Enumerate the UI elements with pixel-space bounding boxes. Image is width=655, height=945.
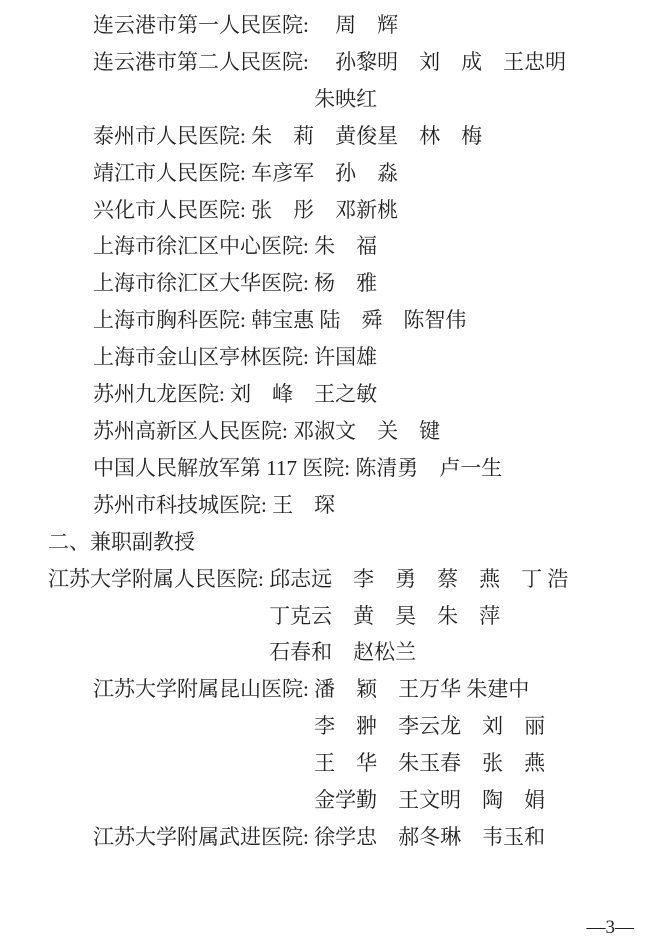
names-line: 金学勤 王文明 陶 娟: [314, 782, 545, 819]
names-block: 邱志远 李 勇 蔡 燕 丁 浩 丁克云 黄 昊 朱 萍 石春和 赵松兰: [269, 561, 568, 672]
names-line: 周 辉: [314, 7, 398, 44]
hospital-name: 中国人民解放军第 117 医院:: [93, 450, 355, 487]
names-line: 朱 福: [314, 228, 377, 265]
hospital-entry: 泰州市人民医院: 朱 莉 黄俊星 林 梅: [93, 118, 655, 155]
hospital-name: 泰州市人民医院:: [93, 118, 251, 155]
hospital-entry: 连云港市第二人民医院: 孙黎明 刘 成 王忠明 朱映红: [93, 44, 655, 118]
hospital-entry: 中国人民解放军第 117 医院: 陈清勇 卢一生: [93, 450, 655, 487]
names-line: 张 彤 邓新桃: [251, 192, 398, 229]
hospital-name: 江苏大学附属人民医院:: [48, 561, 269, 598]
hospital-name: 连云港市第二人民医院:: [93, 44, 314, 81]
names-line: 孙黎明 刘 成 王忠明: [314, 44, 566, 81]
hospital-entry: 靖江市人民医院: 车彦军 孙 淼: [93, 155, 655, 192]
hospital-name: 上海市徐汇区中心医院:: [93, 228, 314, 265]
document-page: 连云港市第一人民医院: 周 辉 连云港市第二人民医院: 孙黎明 刘 成 王忠明 …: [0, 0, 655, 945]
names-block: 张 彤 邓新桃: [251, 192, 398, 229]
hospital-name: 江苏大学附属武进医院:: [93, 819, 314, 856]
names-block: 朱 莉 黄俊星 林 梅: [251, 118, 482, 155]
names-line: 车彦军 孙 淼: [251, 155, 398, 192]
names-line: 王 华 朱玉春 张 燕: [314, 745, 545, 782]
names-block: 徐学忠 郝冬琳 韦玉和: [314, 819, 545, 856]
names-line: 朱映红: [314, 81, 566, 118]
names-line: 杨 雅: [314, 265, 377, 302]
names-block: 朱 福: [314, 228, 377, 265]
hospital-name: 苏州高新区人民医院:: [93, 413, 293, 450]
hospital-entry: 兴化市人民医院: 张 彤 邓新桃: [93, 192, 655, 229]
hospital-entry: 江苏大学附属人民医院: 邱志远 李 勇 蔡 燕 丁 浩 丁克云 黄 昊 朱 萍 …: [48, 561, 655, 672]
names-block: 许国雄: [314, 339, 377, 376]
names-block: 潘 颖 王万华 朱建中 李 翀 李云龙 刘 丽 王 华 朱玉春 张 燕 金学勤 …: [314, 671, 545, 819]
section-heading: 二、兼职副教授: [48, 524, 655, 561]
names-block: 邓淑文 关 键: [293, 413, 440, 450]
names-line: 刘 峰 王之敏: [230, 376, 377, 413]
hospital-name: 苏州市科技城医院:: [93, 487, 272, 524]
names-line: 丁克云 黄 昊 朱 萍: [269, 598, 568, 635]
names-line: 徐学忠 郝冬琳 韦玉和: [314, 819, 545, 856]
hospital-entry: 上海市徐汇区大华医院: 杨 雅: [93, 265, 655, 302]
names-line: 邱志远 李 勇 蔡 燕 丁 浩: [269, 561, 568, 598]
hospital-entry: 苏州高新区人民医院: 邓淑文 关 键: [93, 413, 655, 450]
hospital-name: 江苏大学附属昆山医院:: [93, 671, 314, 708]
hospital-name: 上海市徐汇区大华医院:: [93, 265, 314, 302]
page-number: —3—: [587, 917, 635, 939]
hospital-entry: 连云港市第一人民医院: 周 辉: [93, 7, 655, 44]
hospital-entry: 江苏大学附属武进医院: 徐学忠 郝冬琳 韦玉和: [93, 819, 655, 856]
names-block: 王 琛: [272, 487, 335, 524]
names-line: 李 翀 李云龙 刘 丽: [314, 708, 545, 745]
names-line: 陈清勇 卢一生: [355, 450, 502, 487]
hospital-name: 苏州九龙医院:: [93, 376, 230, 413]
hospital-name: 兴化市人民医院:: [93, 192, 251, 229]
hospital-entry: 上海市金山区亭林医院: 许国雄: [93, 339, 655, 376]
names-block: 车彦军 孙 淼: [251, 155, 398, 192]
names-line: 朱 莉 黄俊星 林 梅: [251, 118, 482, 155]
names-line: 潘 颖 王万华 朱建中: [314, 671, 545, 708]
names-block: 杨 雅: [314, 265, 377, 302]
hospital-name: 连云港市第一人民医院:: [93, 7, 314, 44]
hospital-entry: 上海市胸科医院: 韩宝惠 陆 舜 陈智伟: [93, 302, 655, 339]
names-line: 石春和 赵松兰: [269, 634, 568, 671]
hospital-entry: 苏州市科技城医院: 王 琛: [93, 487, 655, 524]
names-line: 邓淑文 关 键: [293, 413, 440, 450]
hospital-name: 上海市胸科医院:: [93, 302, 251, 339]
names-block: 韩宝惠 陆 舜 陈智伟: [251, 302, 466, 339]
names-block: 孙黎明 刘 成 王忠明 朱映红: [314, 44, 566, 118]
names-line: 许国雄: [314, 339, 377, 376]
names-block: 陈清勇 卢一生: [355, 450, 502, 487]
names-line: 韩宝惠 陆 舜 陈智伟: [251, 302, 466, 339]
names-block: 刘 峰 王之敏: [230, 376, 377, 413]
hospital-name: 靖江市人民医院:: [93, 155, 251, 192]
hospital-entry: 江苏大学附属昆山医院: 潘 颖 王万华 朱建中 李 翀 李云龙 刘 丽 王 华 …: [93, 671, 655, 819]
hospital-name: 上海市金山区亭林医院:: [93, 339, 314, 376]
names-line: 王 琛: [272, 487, 335, 524]
names-block: 周 辉: [314, 7, 398, 44]
hospital-entry: 上海市徐汇区中心医院: 朱 福: [93, 228, 655, 265]
hospital-entry: 苏州九龙医院: 刘 峰 王之敏: [93, 376, 655, 413]
